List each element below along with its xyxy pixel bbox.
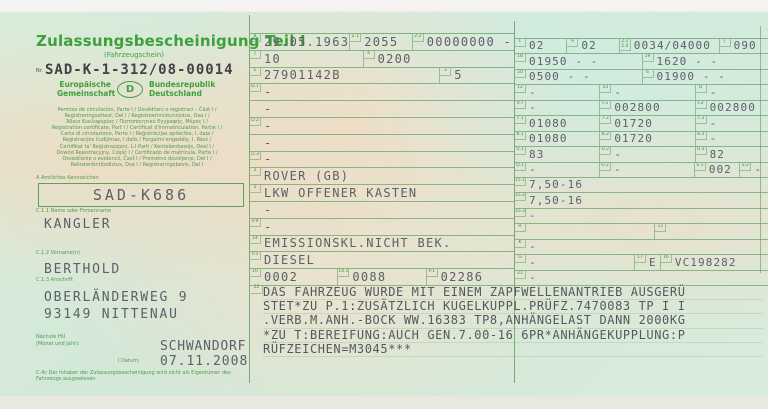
form-row: D.2- — [250, 118, 515, 135]
field-label: D.2 — [250, 118, 261, 126]
form-field: 14EMISSIONSKL.NICHT BEK. — [250, 236, 515, 252]
field-value: 02 — [581, 39, 596, 52]
form-row: - — [250, 101, 515, 118]
form-row: 10000214.10088P.102286 — [250, 269, 515, 286]
field-value: - — [264, 203, 273, 217]
field-value: EMISSIONSKL.NICHT BEK. — [264, 236, 452, 250]
field-value: 1620 - - — [657, 55, 719, 68]
field-label: 17 — [635, 255, 646, 263]
form-field: 5LKW OFFENER KASTEN — [250, 185, 515, 201]
field-value: 7,50-16 — [529, 178, 583, 191]
field-value: - — [529, 163, 537, 176]
field-value: 01900 - - — [657, 70, 727, 83]
form-field: 7.101080 — [515, 116, 599, 130]
doc-number-label: Nr. — [36, 68, 43, 74]
multilingual-title-line: Rekisteröintitodistus, Osa I / Registrer… — [18, 162, 256, 168]
field-value: - — [264, 119, 273, 133]
form-row: 8.1010808.2017208.3- — [515, 132, 768, 147]
field-value: 02286 — [441, 270, 484, 284]
form-field: 15.3- — [515, 209, 768, 223]
field-label: O.1 — [515, 163, 526, 171]
field-label: 10 — [250, 269, 261, 277]
document-number: SAD-K-1-312/08-00014 — [45, 62, 234, 78]
field-label: Q — [696, 85, 707, 93]
form-field: 2.2 2.40034/04000 — [619, 39, 719, 53]
right-data-column: L029022.2 2.40034/04000T0901801950 - -19… — [515, 38, 768, 286]
form-field: 8.201720 — [599, 132, 694, 146]
field-value: - — [754, 163, 762, 176]
form-field: 11 — [654, 224, 768, 238]
eu-community-label: Europäische Gemeinschaft — [57, 81, 111, 98]
field-label: 2.2 — [413, 34, 424, 42]
field-value: 0500 - - — [529, 70, 591, 83]
field-label: 12 — [515, 85, 526, 93]
field-value: 0002 — [264, 270, 298, 284]
ownership-note: C.4c Der Inhaber der Zulassungsbescheini… — [36, 370, 246, 382]
field-label: 14 — [250, 236, 261, 244]
middle-data-column: B29.05.19632.120552.200000000 -J1040200E… — [250, 33, 515, 286]
country-oval-icon: D — [117, 81, 143, 98]
form-field: 601900 - - — [642, 70, 768, 84]
field-value: - — [614, 148, 622, 161]
form-row: D.3- — [250, 152, 515, 169]
form-row: 15.17,50-16 — [515, 178, 768, 193]
country-name: Bundesrepublik Deutschland — [149, 81, 219, 98]
field-value: 02 — [529, 39, 544, 52]
field-label: 19 — [643, 54, 654, 62]
field-label: D.1 — [250, 84, 261, 92]
form-field: 8.3- — [695, 132, 768, 146]
field-label: K — [515, 240, 526, 248]
form-row: 15.3- — [515, 209, 768, 224]
field-label: 6 — [643, 70, 654, 78]
form-field: O.1- — [515, 163, 599, 177]
address-line-1: OBERLÄNDERWEG 9 — [44, 290, 188, 305]
field-value: - — [529, 240, 537, 253]
field-label: V.9 — [250, 219, 261, 227]
field-value: 002 — [709, 163, 732, 176]
field-value: - — [264, 220, 273, 234]
form-field: 191620 - - — [642, 54, 768, 68]
form-field: O.2- — [599, 163, 694, 177]
form-row: 1801950 - -191620 - - — [515, 54, 768, 69]
field-value: 00000000 - — [427, 35, 512, 49]
field-label: U.2 — [600, 147, 611, 155]
field-value: - — [264, 102, 273, 116]
field-label: 20 — [515, 70, 526, 78]
date-label: I Datum: — [118, 358, 140, 364]
form-field: 902 — [566, 39, 618, 53]
field-value: - — [529, 256, 537, 269]
form-field: V.7- — [515, 101, 599, 115]
form-field: 1801950 - - — [515, 54, 642, 68]
next-inspection-label-2: (Monat und Jahr): — [36, 341, 80, 347]
remark-line: .VERB.M.ANH.-BOCK WW.16383 TP8,ANHÄNGELA… — [263, 314, 763, 328]
field-label: 16 — [661, 255, 672, 263]
field-label: V.7 — [515, 101, 526, 109]
owner-firstname-label: C.1.2 Vorname(n) — [36, 250, 80, 256]
field-label: R — [515, 224, 526, 232]
field-label: O.2 — [600, 163, 611, 171]
field-label: J — [250, 51, 261, 59]
address-label: C.1.3 Anschrift — [36, 277, 73, 283]
field-value: 0088 — [352, 270, 386, 284]
field-label: 2.1 — [350, 34, 361, 42]
field-value: 5 — [454, 68, 463, 82]
field-value: - — [264, 136, 273, 150]
field-label: 2.2 2.4 — [620, 39, 631, 51]
form-row: V.7-F.1002800F.2002800 — [515, 101, 768, 116]
form-field: K- — [515, 240, 768, 254]
form-field: G- — [515, 255, 634, 269]
field-label: E — [250, 68, 261, 76]
field-label: P.1 — [427, 269, 438, 277]
form-field: - — [250, 202, 515, 218]
field-label: 11 — [655, 224, 666, 232]
form-field: S.2- — [739, 163, 768, 177]
form-row: V.9- — [250, 219, 515, 236]
field-value: - — [710, 117, 718, 130]
form-field: J10 — [250, 51, 363, 67]
form-field: F.2002800 — [695, 101, 768, 115]
field-label: 14.1 — [338, 269, 349, 277]
field-label: T — [720, 39, 731, 47]
field-value: - — [264, 85, 273, 99]
field-value: 7,50-16 — [529, 194, 583, 207]
field-value: 83 — [529, 148, 544, 161]
form-field: Q- — [695, 85, 768, 99]
field-label: 4 — [364, 51, 375, 59]
form-field: D.1- — [250, 84, 515, 100]
next-inspection-label-1: Nächste HU — [36, 334, 65, 340]
form-row: 12-13-Q- — [515, 85, 768, 100]
form-row: 200500 - -601900 - - — [515, 70, 768, 85]
remarks-text: DAS FAHRZEUG WURDE MIT EINEM ZAPFWELLENA… — [263, 286, 763, 357]
scanned-page: Zulassungsbescheinigung Teil I (Fahrzeug… — [0, 0, 768, 409]
field-label: 22 — [251, 285, 263, 294]
form-field: 21- — [515, 271, 768, 285]
form-field: 40200 — [363, 51, 515, 67]
field-value: DIESEL — [264, 253, 315, 267]
field-value: 01720 — [614, 132, 653, 145]
form-field: 7.3- — [695, 116, 768, 130]
form-field: 7.201720 — [599, 116, 694, 130]
form-field: B29.05.1963 — [250, 34, 349, 50]
field-value: 002800 — [710, 101, 756, 114]
license-plate-value: SAD-K686 — [93, 186, 189, 204]
form-field: L02 — [515, 39, 566, 53]
field-value: 002800 — [614, 101, 660, 114]
form-row: 14EMISSIONSKL.NICHT BEK. — [250, 236, 515, 253]
form-field: E27901142B — [250, 68, 439, 84]
field-label: 8.1 — [515, 132, 526, 140]
form-field: U.382 — [695, 147, 768, 161]
form-field: 2.200000000 - — [412, 34, 515, 50]
form-row: U.183U.2-U.382 — [515, 147, 768, 162]
form-row: - — [250, 135, 515, 152]
form-row: 15.27,50-16 — [515, 193, 768, 208]
field-label: 13 — [600, 85, 611, 93]
form-row: J1040200 — [250, 51, 515, 68]
form-field: 15.27,50-16 — [515, 193, 768, 207]
form-row: O.1-O.2-S.1002S.2- — [515, 163, 768, 178]
field-label: 7.1 — [515, 116, 526, 124]
form-field: S.1002 — [694, 163, 739, 177]
owner-firstname-value: BERTHOLD — [44, 262, 121, 277]
scan-margin-bottom — [0, 396, 768, 409]
form-field: 8.101080 — [515, 132, 599, 146]
field-value: 10 — [264, 52, 281, 66]
field-value: 01080 — [529, 117, 568, 130]
remark-line: RÜFZEICHEN=M3045*** — [263, 343, 763, 357]
field-label: B — [250, 34, 261, 42]
field-value: ROVER (GB) — [264, 169, 349, 183]
form-field: 15.17,50-16 — [515, 178, 768, 192]
field-label: U.1 — [515, 147, 526, 155]
field-label: 3 — [440, 68, 451, 76]
form-field: 16VC198282 — [660, 255, 768, 269]
field-label: 7.2 — [600, 116, 611, 124]
form-field: V.9- — [250, 219, 515, 235]
license-plate-box: SAD-K686 — [38, 183, 244, 207]
form-row: P.3DIESEL — [250, 252, 515, 269]
form-field: D.2- — [250, 118, 515, 134]
form-field: 200500 - - — [515, 70, 642, 84]
form-field: U.183 — [515, 147, 599, 161]
multilingual-title-block: Permiso de circulación, Parte I / Osvědč… — [18, 107, 256, 168]
field-value: - — [710, 86, 718, 99]
form-row: B29.05.19632.120552.200000000 - — [250, 34, 515, 51]
owner-name-label: C.1.1 Name oder Firmenname — [36, 208, 111, 214]
field-label: 15.1 — [515, 178, 526, 186]
form-row: G-17E16VC198282 — [515, 255, 768, 270]
field-value: 82 — [710, 148, 725, 161]
form-field: D.3- — [250, 152, 515, 168]
address-line-2: 93149 NITTENAU — [44, 307, 179, 322]
form-row: L029022.2 2.40034/04000T090 — [515, 39, 768, 54]
field-a-label: A Amtliches Kennzeichen — [36, 175, 99, 181]
form-field: 2.12055 — [349, 34, 412, 50]
form-row: 2ROVER (GB) — [250, 168, 515, 185]
form-field: 17E — [634, 255, 660, 269]
field-value: - — [614, 163, 622, 176]
form-row: 5LKW OFFENER KASTEN — [250, 185, 515, 202]
field-value: - — [529, 271, 537, 284]
eu-header: Europäische Gemeinschaft D Bundesrepubli… — [34, 81, 242, 98]
field-value: 0034/04000 — [634, 39, 711, 52]
field-label: 2 — [250, 168, 261, 176]
form-field: 14.10088 — [337, 269, 425, 285]
form-row: 21- — [515, 271, 768, 286]
field-label: G — [515, 255, 526, 263]
form-field: T090 — [719, 39, 768, 53]
form-field: 13- — [599, 85, 694, 99]
form-row: K- — [515, 240, 768, 255]
field-value: - — [614, 86, 622, 99]
field-label: F.2 — [696, 101, 707, 109]
field-label: 21 — [515, 271, 526, 279]
field-value: E — [649, 256, 657, 269]
field-label: 5 — [250, 185, 261, 193]
form-row: R11 — [515, 224, 768, 239]
form-row: 7.1010807.2017207.3- — [515, 116, 768, 131]
owner-name-value: KANGLER — [44, 217, 111, 232]
form-field: - — [250, 135, 515, 151]
form-field: R — [515, 224, 654, 238]
vehicle-registration-document: Zulassungsbescheinigung Teil I (Fahrzeug… — [0, 12, 768, 396]
field-value: 090 — [734, 39, 757, 52]
field-label: F.1 — [600, 101, 611, 109]
field-label: 7.3 — [696, 116, 707, 124]
issuing-authority: SCHWANDORF — [160, 339, 246, 354]
document-subtitle: (Fahrzeugschein) — [36, 51, 232, 59]
form-field: P.3DIESEL — [250, 252, 515, 268]
field-value: - — [529, 86, 537, 99]
field-label: U.3 — [696, 147, 707, 155]
form-field: 2ROVER (GB) — [250, 168, 515, 184]
field-value: LKW OFFENER KASTEN — [264, 186, 417, 200]
field-label: 8.2 — [600, 132, 611, 140]
field-label: L — [515, 39, 526, 47]
field-label: 15.3 — [515, 209, 526, 217]
field-value: - — [529, 209, 537, 222]
field-label: S.2 — [740, 163, 751, 171]
form-field: F.1002800 — [599, 101, 694, 115]
field-value: 01950 - - — [529, 55, 599, 68]
field-value: 01720 — [614, 117, 653, 130]
form-field: 100002 — [250, 269, 337, 285]
field-label: 18 — [515, 54, 526, 62]
form-field: - — [250, 101, 515, 117]
field-label: 9 — [567, 39, 578, 47]
form-row: E27901142B35 — [250, 68, 515, 85]
form-field: 35 — [439, 68, 515, 84]
field-label: P.3 — [250, 252, 261, 260]
form-field: P.102286 — [426, 269, 515, 285]
field-value: 01080 — [529, 132, 568, 145]
field-label: 8.3 — [696, 132, 707, 140]
field-label: 15.2 — [515, 193, 526, 201]
field-value: 0200 — [378, 52, 412, 66]
field-label: D.3 — [250, 152, 261, 160]
field-value: VC198282 — [675, 256, 737, 269]
field-value: - — [264, 152, 273, 166]
field-value: - — [529, 101, 537, 114]
form-row: D.1- — [250, 84, 515, 101]
form-row: - — [250, 202, 515, 219]
field-value: 27901142B — [264, 68, 341, 82]
field-value: 2055 — [364, 35, 398, 49]
remark-line: *ZU T:BEREIFUNG:AUCH GEN.7.00-16 6PR*ANH… — [263, 329, 763, 343]
field-label: S.1 — [695, 163, 706, 171]
form-field: U.2- — [599, 147, 694, 161]
field-value: - — [710, 132, 718, 145]
issue-date: 07.11.2008 — [160, 354, 248, 369]
form-field: 12- — [515, 85, 599, 99]
field-value: 29.05.1963 — [264, 35, 349, 49]
